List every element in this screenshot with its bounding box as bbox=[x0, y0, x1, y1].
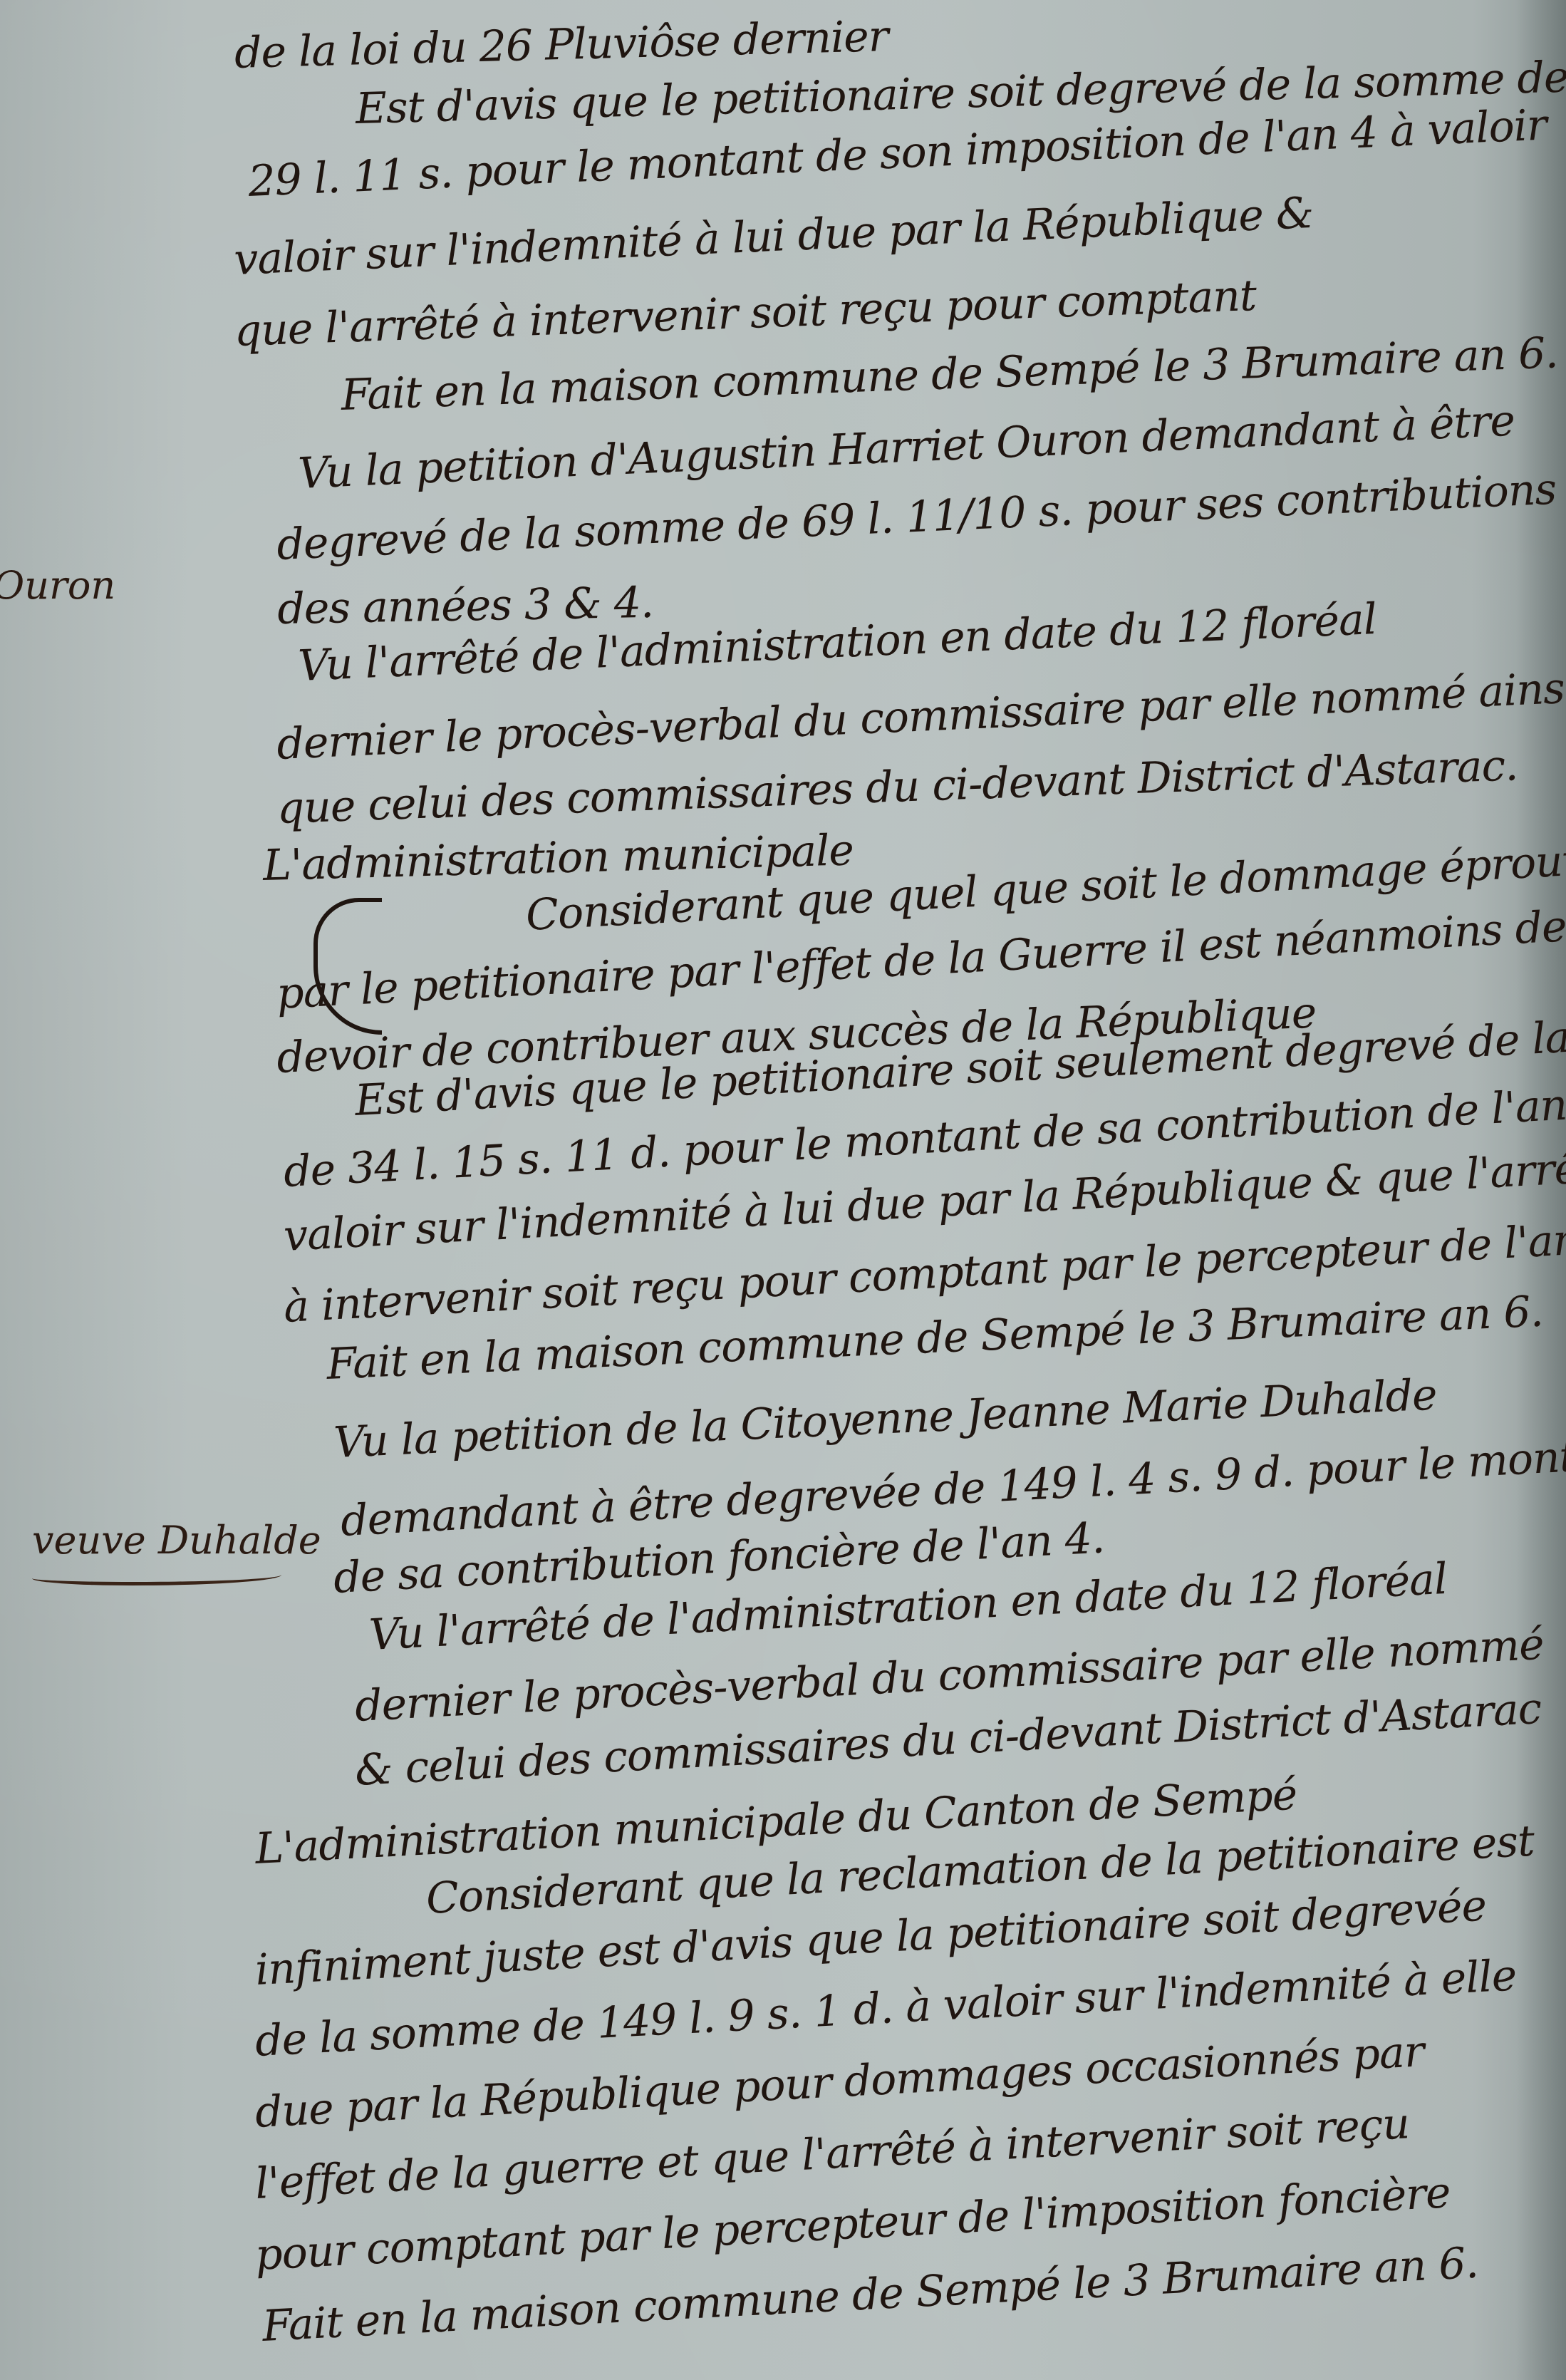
manuscript-page: de la loi du 26 Pluviôse dernier Est d'a… bbox=[0, 0, 1566, 2380]
underline-flourish bbox=[32, 1568, 281, 1585]
text-line: de la loi du 26 Pluviôse dernier bbox=[234, 11, 888, 78]
margin-note-ouron: Ouron bbox=[0, 563, 115, 608]
text-line: des années 3 & 4. bbox=[277, 578, 654, 634]
margin-note-duhalde: veuve Duhalde bbox=[32, 1518, 321, 1563]
text-line: valoir sur l'indemnité à lui due par la … bbox=[233, 188, 1314, 285]
